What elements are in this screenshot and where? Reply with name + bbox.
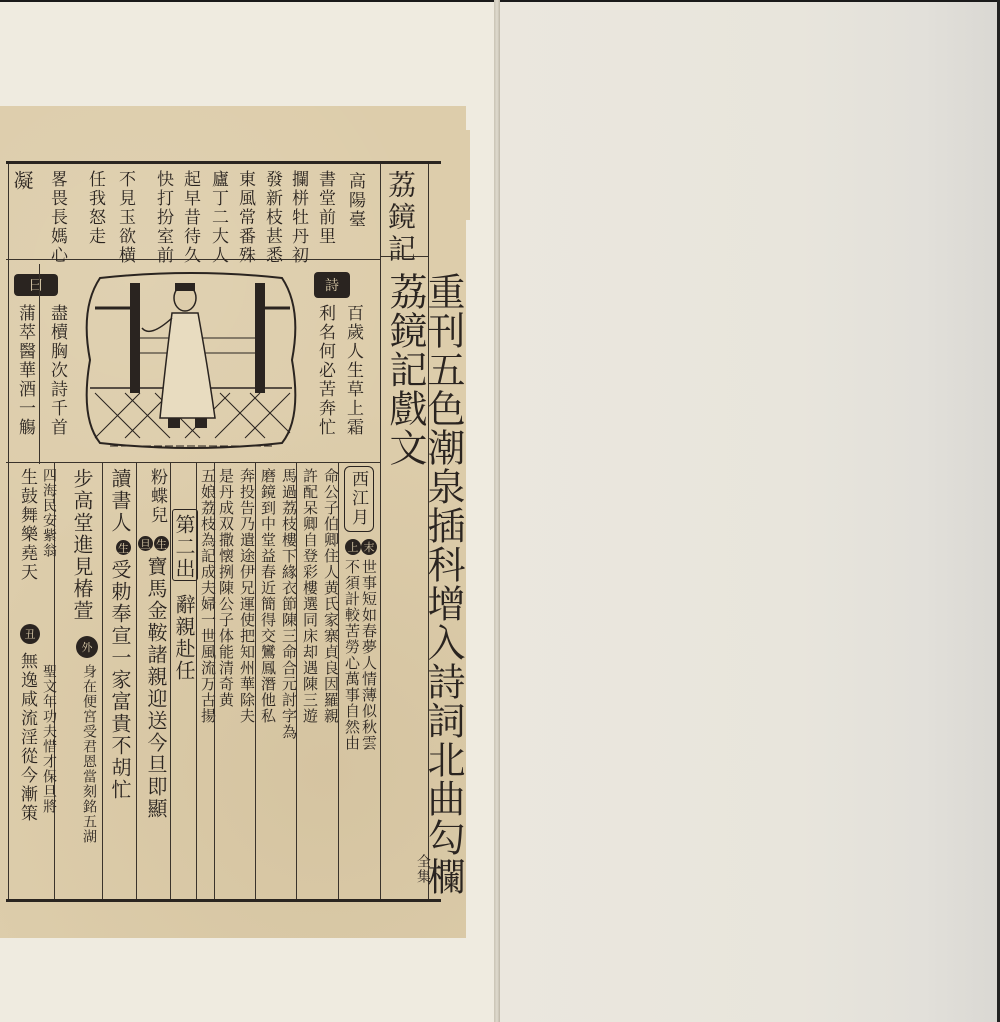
top-col: 攔栟牡丹初	[289, 170, 306, 265]
top-col: 高陽臺	[346, 172, 363, 229]
column-rule	[214, 462, 215, 899]
poem-line: 百歲人生草上霜	[344, 304, 361, 437]
column-rule	[136, 462, 137, 899]
top-col: 書堂前里	[316, 170, 333, 246]
right-page-blank	[500, 2, 997, 1022]
top-col: 任我怒走	[86, 170, 103, 246]
poem-label-badge: 詩	[314, 272, 350, 298]
caption-line: 盡櫝胸次詩千首	[48, 304, 65, 437]
dialogue-line: 受勅奉宣一家富貴不胡忙	[110, 559, 130, 801]
column-rule	[338, 462, 339, 899]
tune-fendie: 粉蝶兒	[148, 468, 165, 525]
caption-divider	[39, 264, 40, 464]
aria-line: 不須計較苦勞心萬事自然由	[344, 559, 359, 751]
dialogue-line: 無逸咸流淫從今漸策	[18, 652, 35, 823]
act-title: 辭親赴任	[174, 594, 194, 682]
title-column-border	[380, 164, 381, 899]
top-col: 畧畏長媽心	[48, 170, 65, 265]
mid-register-divider	[6, 462, 380, 463]
dialogue-line: 步高堂進見椿萱	[72, 468, 92, 622]
top-col: 起早昔待久	[181, 170, 198, 265]
act-column-rule	[170, 462, 171, 899]
role-mark-shang: 上	[345, 539, 361, 555]
dialogue-line: 聖文年功夫惜才保旦將	[42, 664, 56, 814]
role-dushuren: 讀書人	[110, 468, 130, 534]
aria-line: 馬過荔枝樓下緣衣節陳三命合元討字為	[281, 468, 296, 740]
column-rule	[255, 462, 256, 899]
poem-line: 利名何必苦奔忙	[316, 304, 333, 437]
caption-line: 蒲萃醫華酒一觴	[16, 304, 33, 437]
dialogue-line: 身在便宮受君恩當刻銘五湖	[82, 664, 96, 844]
top-col: 不見玉欲横	[116, 170, 133, 265]
dialogue-line: 四海民安紫翁	[42, 468, 56, 558]
aria-line: 命公子伯卿住人黄氏家寨貞良因羅親	[323, 468, 338, 724]
column-rule	[102, 462, 103, 899]
top-col: 發新枝甚悉	[263, 170, 280, 265]
dialogue-line: 生鼓舞樂堯天	[18, 468, 35, 582]
role-mark: 生	[116, 540, 131, 555]
aria-line: 奔投告乃遣途伊兄運使把知州華除夫	[239, 468, 254, 724]
top-col: 凝	[12, 170, 32, 192]
tune-name: 西江月	[349, 470, 366, 527]
aria-line: 磨鏡到中堂益春近簡得交鸞鳳潛他私	[260, 468, 275, 724]
role-mark: 生	[154, 536, 169, 551]
role-mark-wai: 外	[76, 636, 98, 658]
act-number: 第二出	[174, 514, 194, 580]
aria-line: 五娘荔枝為記成夫婦一世風流万古揚	[200, 468, 215, 724]
aria-line: 是丹成双撒懐挒陳公子体能清奇黄	[218, 468, 233, 708]
corner-title: 荔鏡記	[386, 170, 414, 266]
role-mark-mo: 末	[361, 539, 377, 555]
column-rule	[296, 462, 297, 899]
top-col: 廬丁二大人	[209, 170, 226, 265]
dialogue-line: 寶馬金鞍諸親迎送今旦即顯	[146, 556, 166, 820]
top-col: 東風常番殊	[236, 170, 253, 265]
aria-line: 世事短如春夢人情薄似秋雲	[361, 559, 376, 751]
top-col: 快打扮室前	[154, 170, 171, 265]
title-divider	[380, 256, 428, 257]
role-mark: 旦	[138, 536, 153, 551]
volume-marker: 全集	[416, 854, 430, 884]
caption-label-badge: 曰	[14, 274, 58, 296]
illustration-scholar-in-courtyard	[80, 268, 302, 453]
role-mark-chou: 丑	[20, 624, 40, 644]
fragment-torn-edge	[440, 130, 470, 220]
block-left-border	[8, 164, 9, 899]
main-title: 重刊五色潮泉插科增入詩詞北曲勾欄荔鏡記戲文	[386, 272, 462, 899]
printed-block: 荔鏡記 重刊五色潮泉插科增入詩詞北曲勾欄荔鏡記戲文 全集 高陽臺 書堂前里 攔栟…	[6, 161, 441, 902]
aria-line: 許配呆卿自登彩樓選同床却遇陳三遊	[302, 468, 317, 724]
